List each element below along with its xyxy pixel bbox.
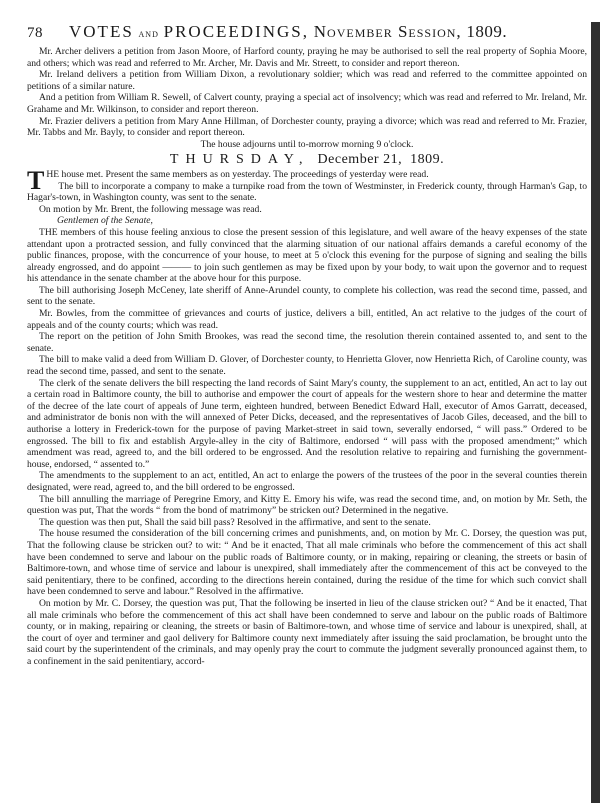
paragraph: The bill to incorporate a company to mak… bbox=[27, 181, 587, 204]
paragraph: Mr. Bowles, from the committee of grieva… bbox=[27, 308, 587, 331]
scan-edge-strip bbox=[591, 22, 600, 803]
paragraph: The bill annulling the marriage of Pereg… bbox=[27, 494, 587, 517]
opening-text: HE house met. Present the same members a… bbox=[46, 169, 428, 180]
day-year: 1809. bbox=[410, 152, 444, 167]
running-title-votes: VOTES bbox=[69, 22, 134, 42]
day-date: December 21, bbox=[318, 152, 403, 167]
drop-cap: T bbox=[27, 170, 44, 192]
paragraph: On motion by Mr. Brent, the following me… bbox=[27, 204, 587, 216]
running-title-session: November Session, bbox=[314, 22, 462, 42]
opening-paragraph: THE house met. Present the same members … bbox=[27, 169, 587, 181]
adjournment-line: The house adjourns until to-morrow morni… bbox=[27, 139, 587, 151]
paragraph: The amendments to the supplement to an a… bbox=[27, 470, 587, 493]
paragraph: The bill authorising Joseph McCeney, lat… bbox=[27, 285, 587, 308]
salutation: Gentlemen of the Senate, bbox=[27, 215, 587, 227]
running-title-and: and bbox=[139, 28, 159, 40]
running-title-proceedings: PROCEEDINGS, bbox=[164, 22, 309, 42]
day-heading: THURSDAY, December 21, 1809. bbox=[27, 154, 587, 166]
paragraph: THE members of this house feeling anxiou… bbox=[27, 227, 587, 285]
paragraph: The house resumed the consideration of t… bbox=[27, 528, 587, 598]
running-title-year: 1809. bbox=[466, 22, 507, 42]
paragraph: The report on the petition of John Smith… bbox=[27, 331, 587, 354]
body-text: Mr. Archer delivers a petition from Jaso… bbox=[27, 46, 587, 667]
running-head: 78 VOTES and PROCEEDINGS, November Sessi… bbox=[27, 22, 587, 44]
paragraph: Mr. Ireland delivers a petition from Wil… bbox=[27, 69, 587, 92]
paragraph: The question was then put, Shall the sai… bbox=[27, 517, 587, 529]
paragraph: Mr. Frazier delivers a petition from Mar… bbox=[27, 116, 587, 139]
paragraph: And a petition from William R. Sewell, o… bbox=[27, 92, 587, 115]
paragraph: The clerk of the senate delivers the bil… bbox=[27, 378, 587, 471]
paragraph: On motion by Mr. C. Dorsey, the question… bbox=[27, 598, 587, 668]
day-name: THURSDAY, bbox=[170, 152, 310, 167]
paragraph: Mr. Archer delivers a petition from Jaso… bbox=[27, 46, 587, 69]
page-number: 78 bbox=[27, 25, 69, 42]
paragraph: The bill to make valid a deed from Willi… bbox=[27, 354, 587, 377]
document-page: 78 VOTES and PROCEEDINGS, November Sessi… bbox=[27, 22, 587, 667]
